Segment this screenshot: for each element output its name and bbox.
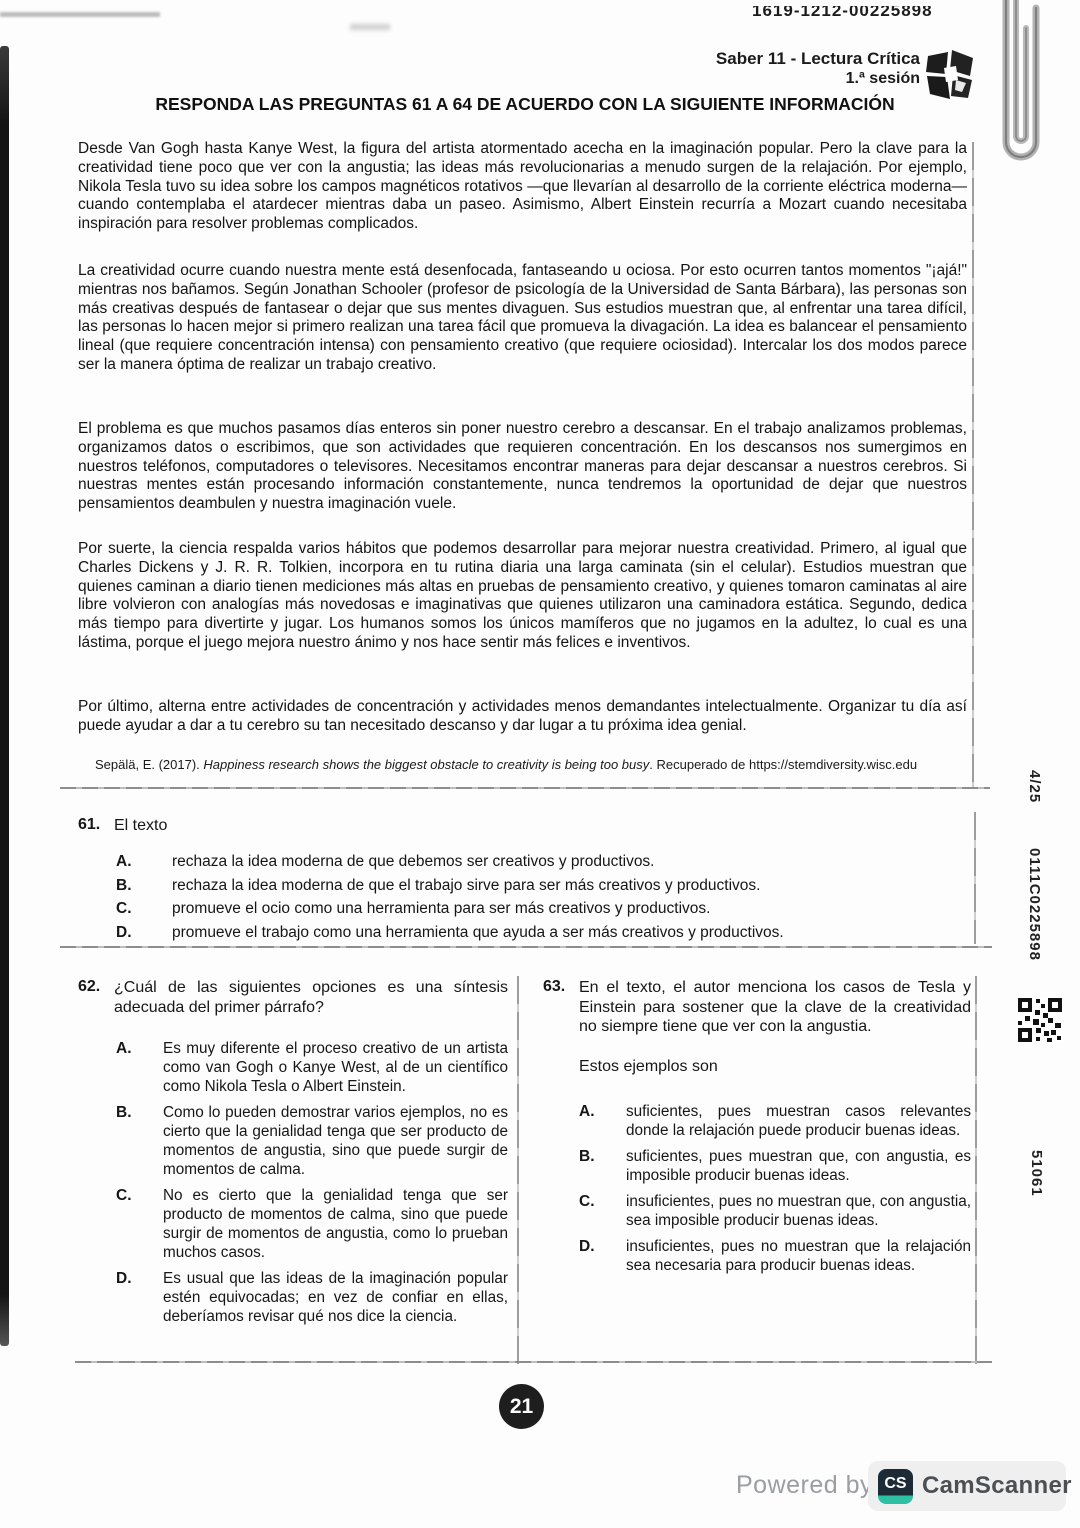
option-b: B. suficientes, pues muestran que, con a… <box>579 1147 971 1185</box>
option-c: C. insuficientes, pues no muestran que, … <box>579 1192 971 1230</box>
passage-paragraph-4: Por suerte, la ciencia respalda varios h… <box>78 540 967 653</box>
scan-left-edge-shadow <box>0 46 9 1346</box>
option-text: insuficientes, pues no muestran que la r… <box>626 1237 971 1275</box>
camscanner-badge: CS CamScanner <box>868 1461 1066 1511</box>
option-a: A. rechaza la idea moderna de que debemo… <box>78 850 964 874</box>
scan-top-smudge <box>350 24 390 30</box>
option-letter: A. <box>579 1102 626 1140</box>
page-fraction: 4/25 <box>1026 770 1043 803</box>
passage-paragraph-1: Desde Van Gogh hasta Kanye West, la figu… <box>78 140 967 234</box>
option-c: C. promueve el ocio como una herramienta… <box>78 897 964 921</box>
source-retrieved-from: . Recuperado de https://stemdiversity.wi… <box>649 757 917 772</box>
camscanner-icon: CS <box>878 1469 913 1504</box>
questions-bottom-rule <box>75 1361 992 1363</box>
option-d: D. promueve el trabajo como una herramie… <box>78 921 964 945</box>
section-instruction: RESPONDA LAS PREGUNTAS 61 A 64 DE ACUERD… <box>110 94 940 115</box>
question-number: 61. <box>78 816 114 836</box>
option-letter: C. <box>78 897 172 921</box>
exam-form-code: 1619-1212-00225898 <box>752 6 933 28</box>
qr-code <box>1017 997 1063 1043</box>
form-code: 51061 <box>1028 1150 1045 1197</box>
q63-right-border <box>975 976 977 1364</box>
source-author: Sepälä, E. (2017). <box>95 757 203 772</box>
source-title: Happiness research shows the biggest obs… <box>203 757 649 772</box>
camscanner-brand-name: CamScanner <box>922 1472 1072 1500</box>
question-62-options: A. Es muy diferente el proceso creativo … <box>116 1039 508 1326</box>
option-text: suficientes, pues muestran casos relevan… <box>626 1102 971 1140</box>
option-letter: B. <box>579 1147 626 1185</box>
question-63: 63. En el texto, el autor menciona los c… <box>543 978 971 1282</box>
booklet-code: 0111C0225898 <box>1026 848 1043 961</box>
option-text: suficientes, pues muestran que, con angu… <box>626 1147 971 1185</box>
question-stem: El texto <box>114 816 964 836</box>
passage-paragraph-3: El problema es que muchos pasamos días e… <box>78 420 967 514</box>
option-a: A. Es muy diferente el proceso creativo … <box>116 1039 508 1096</box>
option-b: B. Como lo pueden demostrar varios ejemp… <box>116 1103 508 1179</box>
option-d: D. insuficientes, pues no muestran que l… <box>579 1237 971 1275</box>
passage-right-border <box>972 142 974 788</box>
passage-source-citation: Sepälä, E. (2017). Happiness research sh… <box>95 757 967 772</box>
option-letter: C. <box>579 1192 626 1230</box>
option-text: Como lo pueden demostrar varios ejemplos… <box>163 1103 508 1179</box>
option-letter: D. <box>78 921 172 945</box>
option-text: rechaza la idea moderna de que el trabaj… <box>172 874 964 898</box>
scanned-exam-page: 1619-1212-00225898 Saber 11 - Lectura Cr… <box>0 0 1080 1528</box>
column-divider <box>517 976 519 1364</box>
option-letter: C. <box>116 1186 163 1262</box>
option-text: No es cierto que la genialidad tenga que… <box>163 1186 508 1262</box>
option-d: D. Es usual que las ideas de la imaginac… <box>116 1269 508 1326</box>
passage-paragraph-2: La creatividad ocurre cuando nuestra men… <box>78 262 967 375</box>
q61-right-border <box>974 812 976 944</box>
option-text: Es usual que las ideas de la imaginación… <box>163 1269 508 1326</box>
option-b: B. rechaza la idea moderna de que el tra… <box>78 874 964 898</box>
question-number: 62. <box>78 978 114 1017</box>
passage-paragraph-5: Por último, alterna entre actividades de… <box>78 698 967 736</box>
question-63-options: A. suficientes, pues muestran casos rele… <box>579 1102 971 1275</box>
question-61: 61. El texto <box>78 816 964 836</box>
option-letter: D. <box>579 1237 626 1275</box>
option-text: rechaza la idea moderna de que debemos s… <box>172 850 964 874</box>
option-letter: B. <box>116 1103 163 1179</box>
option-letter: A. <box>78 850 172 874</box>
option-text: insuficientes, pues no muestran que, con… <box>626 1192 971 1230</box>
option-letter: D. <box>116 1269 163 1326</box>
exam-session: 1.ª sesión <box>520 70 920 88</box>
question-stem-continuation: Estos ejemplos son <box>579 1058 971 1076</box>
option-text: promueve el ocio como una herramienta pa… <box>172 897 964 921</box>
passage-bottom-rule <box>60 787 990 789</box>
icfes-logo <box>926 50 974 100</box>
option-text: Es muy diferente el proceso creativo de … <box>163 1039 508 1096</box>
exam-title: Saber 11 - Lectura Crítica <box>520 48 920 69</box>
option-text: promueve el trabajo como una herramienta… <box>172 921 964 945</box>
scan-top-smudge <box>0 12 160 17</box>
option-c: C. No es cierto que la genialidad tenga … <box>116 1186 508 1262</box>
option-letter: B. <box>78 874 172 898</box>
question-62: 62. ¿Cuál de las siguientes opciones es … <box>78 978 508 1333</box>
paperclip-icon <box>995 0 1053 194</box>
q61-bottom-rule <box>60 946 992 948</box>
question-61-options: A. rechaza la idea moderna de que debemo… <box>78 850 964 944</box>
question-number: 63. <box>543 978 579 1037</box>
powered-by-label: Powered by <box>736 1471 873 1500</box>
question-stem: En el texto, el autor menciona los casos… <box>579 978 971 1037</box>
page-number-badge: 21 <box>499 1384 544 1429</box>
question-stem: ¿Cuál de las siguientes opciones es una … <box>114 978 508 1017</box>
option-a: A. suficientes, pues muestran casos rele… <box>579 1102 971 1140</box>
option-letter: A. <box>116 1039 163 1096</box>
